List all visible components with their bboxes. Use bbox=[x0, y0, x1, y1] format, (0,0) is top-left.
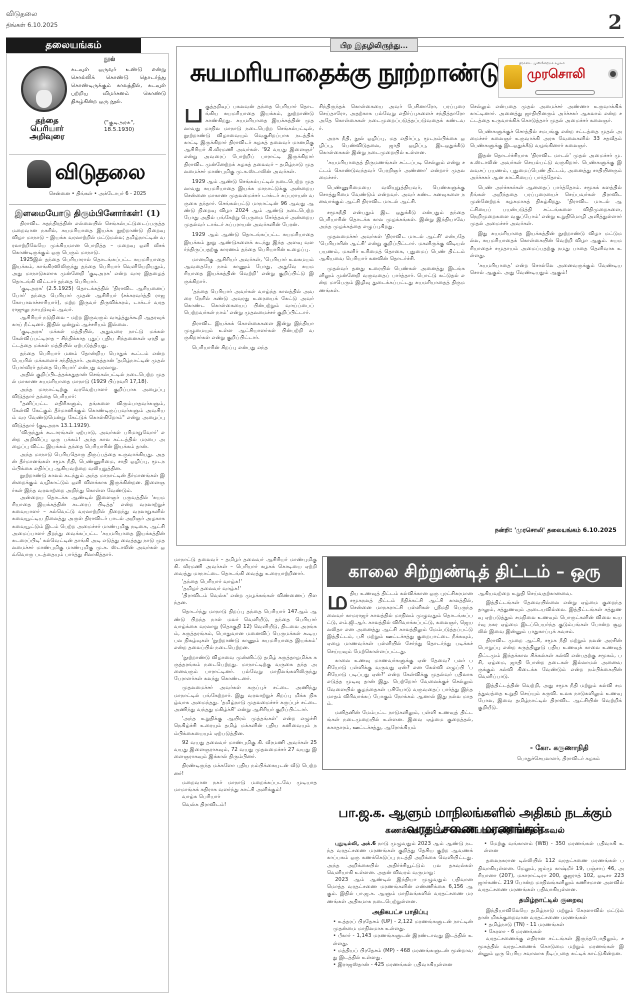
masthead-title: விடுதலை bbox=[55, 159, 145, 187]
bullet-item: • கேரளா - 6 மரணங்கள் bbox=[478, 929, 624, 936]
paragraph: முதலமைச்சர் அவர்கள் கருப்புச் சட்டை அணிந… bbox=[174, 685, 317, 714]
paragraph: மறைவான நகர் மாநாடு மறைக்கப்படவே முடியாத … bbox=[174, 780, 317, 794]
slogan: வெல்க திராவிடம்! bbox=[182, 802, 317, 809]
paragraph: அந்த மாநாடு பெரியதொரு திருப்பத்தை உருவாக… bbox=[12, 452, 165, 474]
paragraph: திராவிட இயக்கக் கொள்கைகளை இன்று இந்தியா … bbox=[184, 321, 314, 343]
paragraph: "தனிப்பட்ட எதிரிகளும், தங்களை விரும்பாதவ… bbox=[12, 401, 165, 430]
feature-headline: சுயமரியாதைக்கு நூற்றாண்டு bbox=[190, 58, 501, 91]
paragraph: 'திராவிடம் வெல்க' என்ற முழக்கங்கள் விண்ண… bbox=[174, 593, 317, 607]
paragraph: 1929 ஆம் ஆண்டு தொடங்கப்பட்ட சுயமரியாதை இ… bbox=[184, 232, 314, 254]
scheme-headline: காலை சிற்றுண்டித் திட்டம் – ஒரு பார்வை! bbox=[327, 557, 622, 587]
logo-figure-icon bbox=[504, 65, 522, 89]
paragraph: இதன் தொடர்ச்சியாக 'திராவிட மாடல்' முதல் … bbox=[470, 153, 622, 182]
paragraph: 'நூற்றாண்டு விழாவை முன்னிட்டு தமிழ் கருத… bbox=[174, 655, 317, 684]
dowry-column-2: • மேற்கு வங்காளம் (WB) - 350 மரணங்கள் பத… bbox=[478, 841, 624, 996]
scheme-column-1: ம திய உணவுத் திட்டம் கல்விக்கான ஒரு புரட… bbox=[327, 591, 473, 761]
murasoli-logo: திராவிட முன்னேற்றக் கழகம் முரசொலி bbox=[498, 58, 623, 98]
editorial-headline: இளமையோடு திரும்பினோர்கள்! (1) bbox=[9, 204, 166, 220]
paragraph: முதலமைச்சர் அவர்கள் 'திராவிட மாடல் ஆட்சி… bbox=[319, 234, 465, 263]
paragraph: திரண்டிருந்த மக்களோ புதிய நம்பிக்கையுடன்… bbox=[174, 763, 317, 777]
paragraph: முதல்வர் தனது உரையில் பெண்கள் அனைத்து இட… bbox=[319, 266, 465, 295]
paragraph: 'குடிஅரசு' மக்கள் மத்தியில், அதுவரை நாட்… bbox=[12, 329, 165, 351]
paragraph: அன்றைய தொடக்க ஆண்டில் இளைஞர் பருவத்தில் … bbox=[12, 495, 165, 560]
bullet-item: • பீகார் - 1,143 மரணங்களுடன் இரண்டாவது இ… bbox=[327, 933, 473, 947]
paragraph: அரசு நீதி, நூல் ஒழிப்பு, மத எதிர்ப்பு, ம… bbox=[319, 136, 465, 158]
paragraph: திய உணவுத் திட்டம் கல்விக்கான ஒரு புரட்ச… bbox=[327, 591, 473, 656]
quote-text: கடவுள் ஒருவர் உண்டு என்று சொல்லிக் கொண்ட… bbox=[71, 66, 166, 106]
periyar-portrait-icon bbox=[21, 66, 67, 112]
dropcap: ப bbox=[184, 104, 203, 124]
paragraph: 'தந்தை பெரியார் அவர்கள் வாழ்ந்த காலத்தில… bbox=[184, 289, 314, 318]
paragraph: அதில் குறிப்பிடத்தக்கதுதான் செங்கல்பட்டி… bbox=[12, 372, 165, 386]
paragraph: அந்த மாநாட்டிற்கு வரவேற்பாளர் குறிப்பாக … bbox=[12, 387, 165, 401]
scheme-column-2: ஆகியவற்றை உறுதி செய்வதற்கானவை. இத்திட்டங… bbox=[478, 591, 622, 731]
slogan: 'தந்தை பெரியார் வாழ்க!' bbox=[182, 579, 317, 586]
logo-seal-icon bbox=[608, 69, 618, 79]
paragraph: 'குடிஅரசு' (2.5.1925) தொடக்கத்தில் 'திரா… bbox=[12, 286, 165, 315]
slogan: வாழ்க பெரியார் bbox=[182, 794, 317, 801]
bullet-text: இராஜஸ்தான் - 425 மரணங்கள் பதிவாகியுள்ளன bbox=[338, 962, 453, 968]
dateline: புதுடில்லி, அக்.6 bbox=[335, 841, 376, 847]
paragraph: 'அந்த உறுதிக்கு ஆயிரம் முத்தங்கள்' என்ற … bbox=[174, 716, 317, 738]
paragraph: 'விருந்துக் கூடாரங்கள் ஏற்பாடு, அவர்கள் … bbox=[12, 430, 165, 452]
quote-title: நூல் bbox=[104, 56, 115, 64]
dropcap: ம bbox=[327, 591, 348, 611]
editorial-section-label: தலையங்கம் bbox=[6, 38, 141, 53]
paragraph: 2023 ஆம் ஆண்டில் இந்தியா முழுவதும் பதிவா… bbox=[327, 877, 473, 906]
paragraph: பெண் அர்ச்சகர்கள் ஆனதைப் பார்த்தோம். சமூ… bbox=[470, 185, 622, 228]
paragraph: ஆசிரியர் நடுநிலை – மற்ற இருவரும் வாழ்த்த… bbox=[12, 315, 165, 329]
masthead: விடுதலை சென்னை • திங்கள் • அக்டோபர் 6 - … bbox=[9, 154, 166, 202]
paragraph: 'சுயமரியாதைத் திருமணங்கள் சட்டப்படி செல்… bbox=[319, 160, 465, 182]
logo-name: முரசொலி bbox=[527, 67, 586, 83]
page-number: 2 bbox=[608, 10, 622, 34]
editorial-body: திராவிட சுதந்திரத்தின் எல்லையில் செங்கல்… bbox=[12, 221, 165, 991]
subhead: அதிகபட்ச பாதிப்பு bbox=[327, 909, 473, 916]
paragraph: இது சுயமரியாதை இயக்கத்தின் நூற்றாண்டு வி… bbox=[470, 231, 622, 260]
paragraph: மானமிகு ஆசிரியர் அவர்கள், 'பெரியார் உலகம… bbox=[184, 257, 314, 286]
paper-name: விடுதலை bbox=[6, 10, 37, 19]
paragraph: நூற்றாண்டு காலம் கடந்தும் அந்த மாநாட்டின… bbox=[12, 473, 165, 495]
paragraph: சமூகநீதி என்பதும் இட ஒதுக்கீடு என்பதும் … bbox=[319, 210, 465, 232]
subhead: தமிழ்நாட்டில் குறைவு bbox=[478, 897, 624, 904]
bullet-text: பீகார் - 1,143 மரணங்களுடன் இரண்டாவது இடத… bbox=[333, 933, 473, 946]
paragraph: திராவிட சுதந்திரத்தின் எல்லையில் செங்கல்… bbox=[12, 221, 165, 257]
paragraph: புதுடில்லி, அக்.6 நாடு முழுவதும் 2023 ஆம… bbox=[327, 841, 473, 877]
paragraph: 92 வயது தலைவர் மாண்புமிகு கி. வீரமணி அவர… bbox=[174, 740, 317, 762]
author-role: பொதுச்செயலாளர், திராவிடர் கழகம் bbox=[517, 756, 600, 762]
paragraph: தலைநகரான டில்லியில் 112 வரதட்சணை மரணங்கள… bbox=[478, 858, 624, 894]
masthead-subline: சென்னை • திங்கள் • அக்டோபர் 6 - 2025 bbox=[49, 191, 146, 197]
paragraph: குத்தறிவுப் பகலவன் தந்தை பெரியார் தொடங்க… bbox=[184, 104, 314, 176]
bullet-text: கேரளா - 6 மரணங்கள் bbox=[489, 929, 542, 935]
bullet-text: உத்தரப் பிரதேசம் (UP) - 2,122 மரணங்களுடன… bbox=[333, 919, 473, 932]
editorial-continuation: மாநாட்டு தலைவர் – தமிழர் தலைவர் ஆசிரியர்… bbox=[174, 557, 317, 993]
feature-column-1: ப குத்தறிவுப் பகலவன் தந்தை பெரியார் தொடங… bbox=[184, 104, 314, 524]
paragraph: செல்லும் என்பதை முதல் அமைச்சர் அண்ணா உரு… bbox=[470, 104, 622, 126]
paragraph: பெரியாரின் சிறப்பு என்பது எந்த bbox=[184, 345, 314, 352]
feature-column-2: சிந்திருந்தக் கொள்கையை அவர் பேசினாரோ, பர… bbox=[319, 104, 465, 524]
bullet-item: • இராஜஸ்தான் - 425 மரணங்கள் பதிவாகியுள்ள… bbox=[327, 962, 473, 969]
quote-source: ("குடிஅரசு", 18.5.1930) bbox=[104, 120, 166, 133]
dowry-column-1: புதுடில்லி, அக்.6 நாடு முழுவதும் 2023 ஆம… bbox=[327, 841, 473, 996]
editorial-column: தந்தை பெரியார் அறிவுரை நூல் கடவுள் ஒருவர… bbox=[6, 53, 169, 993]
bullet-item: • தமிழ்நாடு (TN) - 11 மரணங்கள் bbox=[478, 922, 624, 929]
masthead-figure-icon bbox=[27, 160, 51, 188]
paragraph: வரதட்சணைக்கு எதிரான சட்டங்கள் இருந்தபோதி… bbox=[478, 936, 624, 958]
paragraph: இத்திட்டத்தின் வெற்றி, அது சமூக நீதி மற்… bbox=[478, 683, 622, 712]
feature-credit: நன்றி: 'முரசொலி' தலையங்கம் 6.10.2025 bbox=[495, 527, 617, 535]
paragraph: 'சுயமரியாதை' என்ற சொல்லே அனைவருக்கும் வே… bbox=[470, 263, 622, 277]
paragraph: 1929 ஆம் ஆண்டு செங்கல்பட்டில் நடைபெற்ற ம… bbox=[184, 179, 314, 229]
quote-box: தந்தை பெரியார் அறிவுரை நூல் கடவுள் ஒருவர… bbox=[9, 56, 166, 151]
page-header: விடுதலை திங்கள் 6.10.2025 2 bbox=[6, 6, 624, 38]
bullet-item: • மேற்கு வங்காளம் (WB) - 350 மரணங்கள் பத… bbox=[478, 841, 624, 855]
slogan: 'தமிழர் தலைவர் வாழ்க!' bbox=[182, 586, 317, 593]
portrait-label: தந்தை பெரியார் அறிவுரை bbox=[23, 116, 71, 140]
dowry-subheadline: கணக்கெடுப்பில் வெளியான அதிர்ச்சித் தகவல் bbox=[324, 826, 626, 837]
paragraph: பெண்ணுரிமையை வலியுறுத்தியவர், பெண்களுக்க… bbox=[319, 185, 465, 207]
logo-bar bbox=[535, 90, 595, 95]
bullet-item: • மத்தியப் பிரதேசம் (MP) - 468 மரணங்களுட… bbox=[327, 948, 473, 962]
paragraph: பெண்களுக்குச் சொத்தில் சமபங்கு என்ற சட்ட… bbox=[470, 129, 622, 151]
bullet-text: மேற்கு வங்காளம் (WB) - 350 மரணங்கள் பதிவ… bbox=[484, 841, 624, 854]
paragraph: இந்தியாவிலேயே தமிழ்நாடு மற்றும் கேரளாவில… bbox=[478, 908, 624, 922]
logo-tagline: திராவிட முன்னேற்றக் கழகம் bbox=[519, 61, 565, 66]
author-name: - கோ. கருணாநிதி bbox=[530, 744, 589, 753]
feature-column-3: செல்லும் என்பதை முதல் அமைச்சர் அண்ணா உரு… bbox=[470, 104, 622, 509]
paragraph: சிந்திருந்தக் கொள்கையை அவர் பேசினாரோ, பர… bbox=[319, 104, 465, 133]
paragraph: 1925இல் தந்தை பெரியாரால் தொடங்கப்பட்ட சு… bbox=[12, 257, 165, 286]
paragraph: திராவிட முறை ஆட்சி, சமூக நீதி மற்றும் நல… bbox=[478, 638, 622, 681]
paragraph: ஆகியவற்றை உறுதி செய்வதற்கானவை. bbox=[478, 591, 622, 598]
paragraph: காலை உணவு மாணவர்களுக்கு ஏன் தேவை? பலர் ப… bbox=[327, 658, 473, 708]
paragraph: மனிதனின் மேம்பட்ட நாடுகளிலும், பள்ளி உணவ… bbox=[327, 710, 473, 732]
paragraph: இத்திட்டங்கள் தேவையில்லை என்று ஏழ்மை குற… bbox=[478, 600, 622, 636]
section-tag: பிற இதழிலிருந்து... bbox=[330, 38, 418, 52]
issue-date: திங்கள் 6.10.2025 bbox=[6, 22, 58, 30]
paragraph: தந்தை பெரியார் மனம் தோன்றிய பொதுக் கூட்ட… bbox=[12, 351, 165, 373]
bullet-text: தமிழ்நாடு (TN) - 11 மரணங்கள் bbox=[489, 922, 565, 928]
bullet-text: மத்தியப் பிரதேசம் (MP) - 468 மரணங்களுடன்… bbox=[333, 948, 473, 961]
bullet-item: • உத்தரப் பிரதேசம் (UP) - 2,122 மரணங்களு… bbox=[327, 919, 473, 933]
paragraph: தொடர்ந்து மாநாடு திறப்பு தந்தை பெரியார் … bbox=[174, 609, 317, 652]
paragraph: மாநாட்டு தலைவர் – தமிழர் தலைவர் ஆசிரியர்… bbox=[174, 557, 317, 579]
